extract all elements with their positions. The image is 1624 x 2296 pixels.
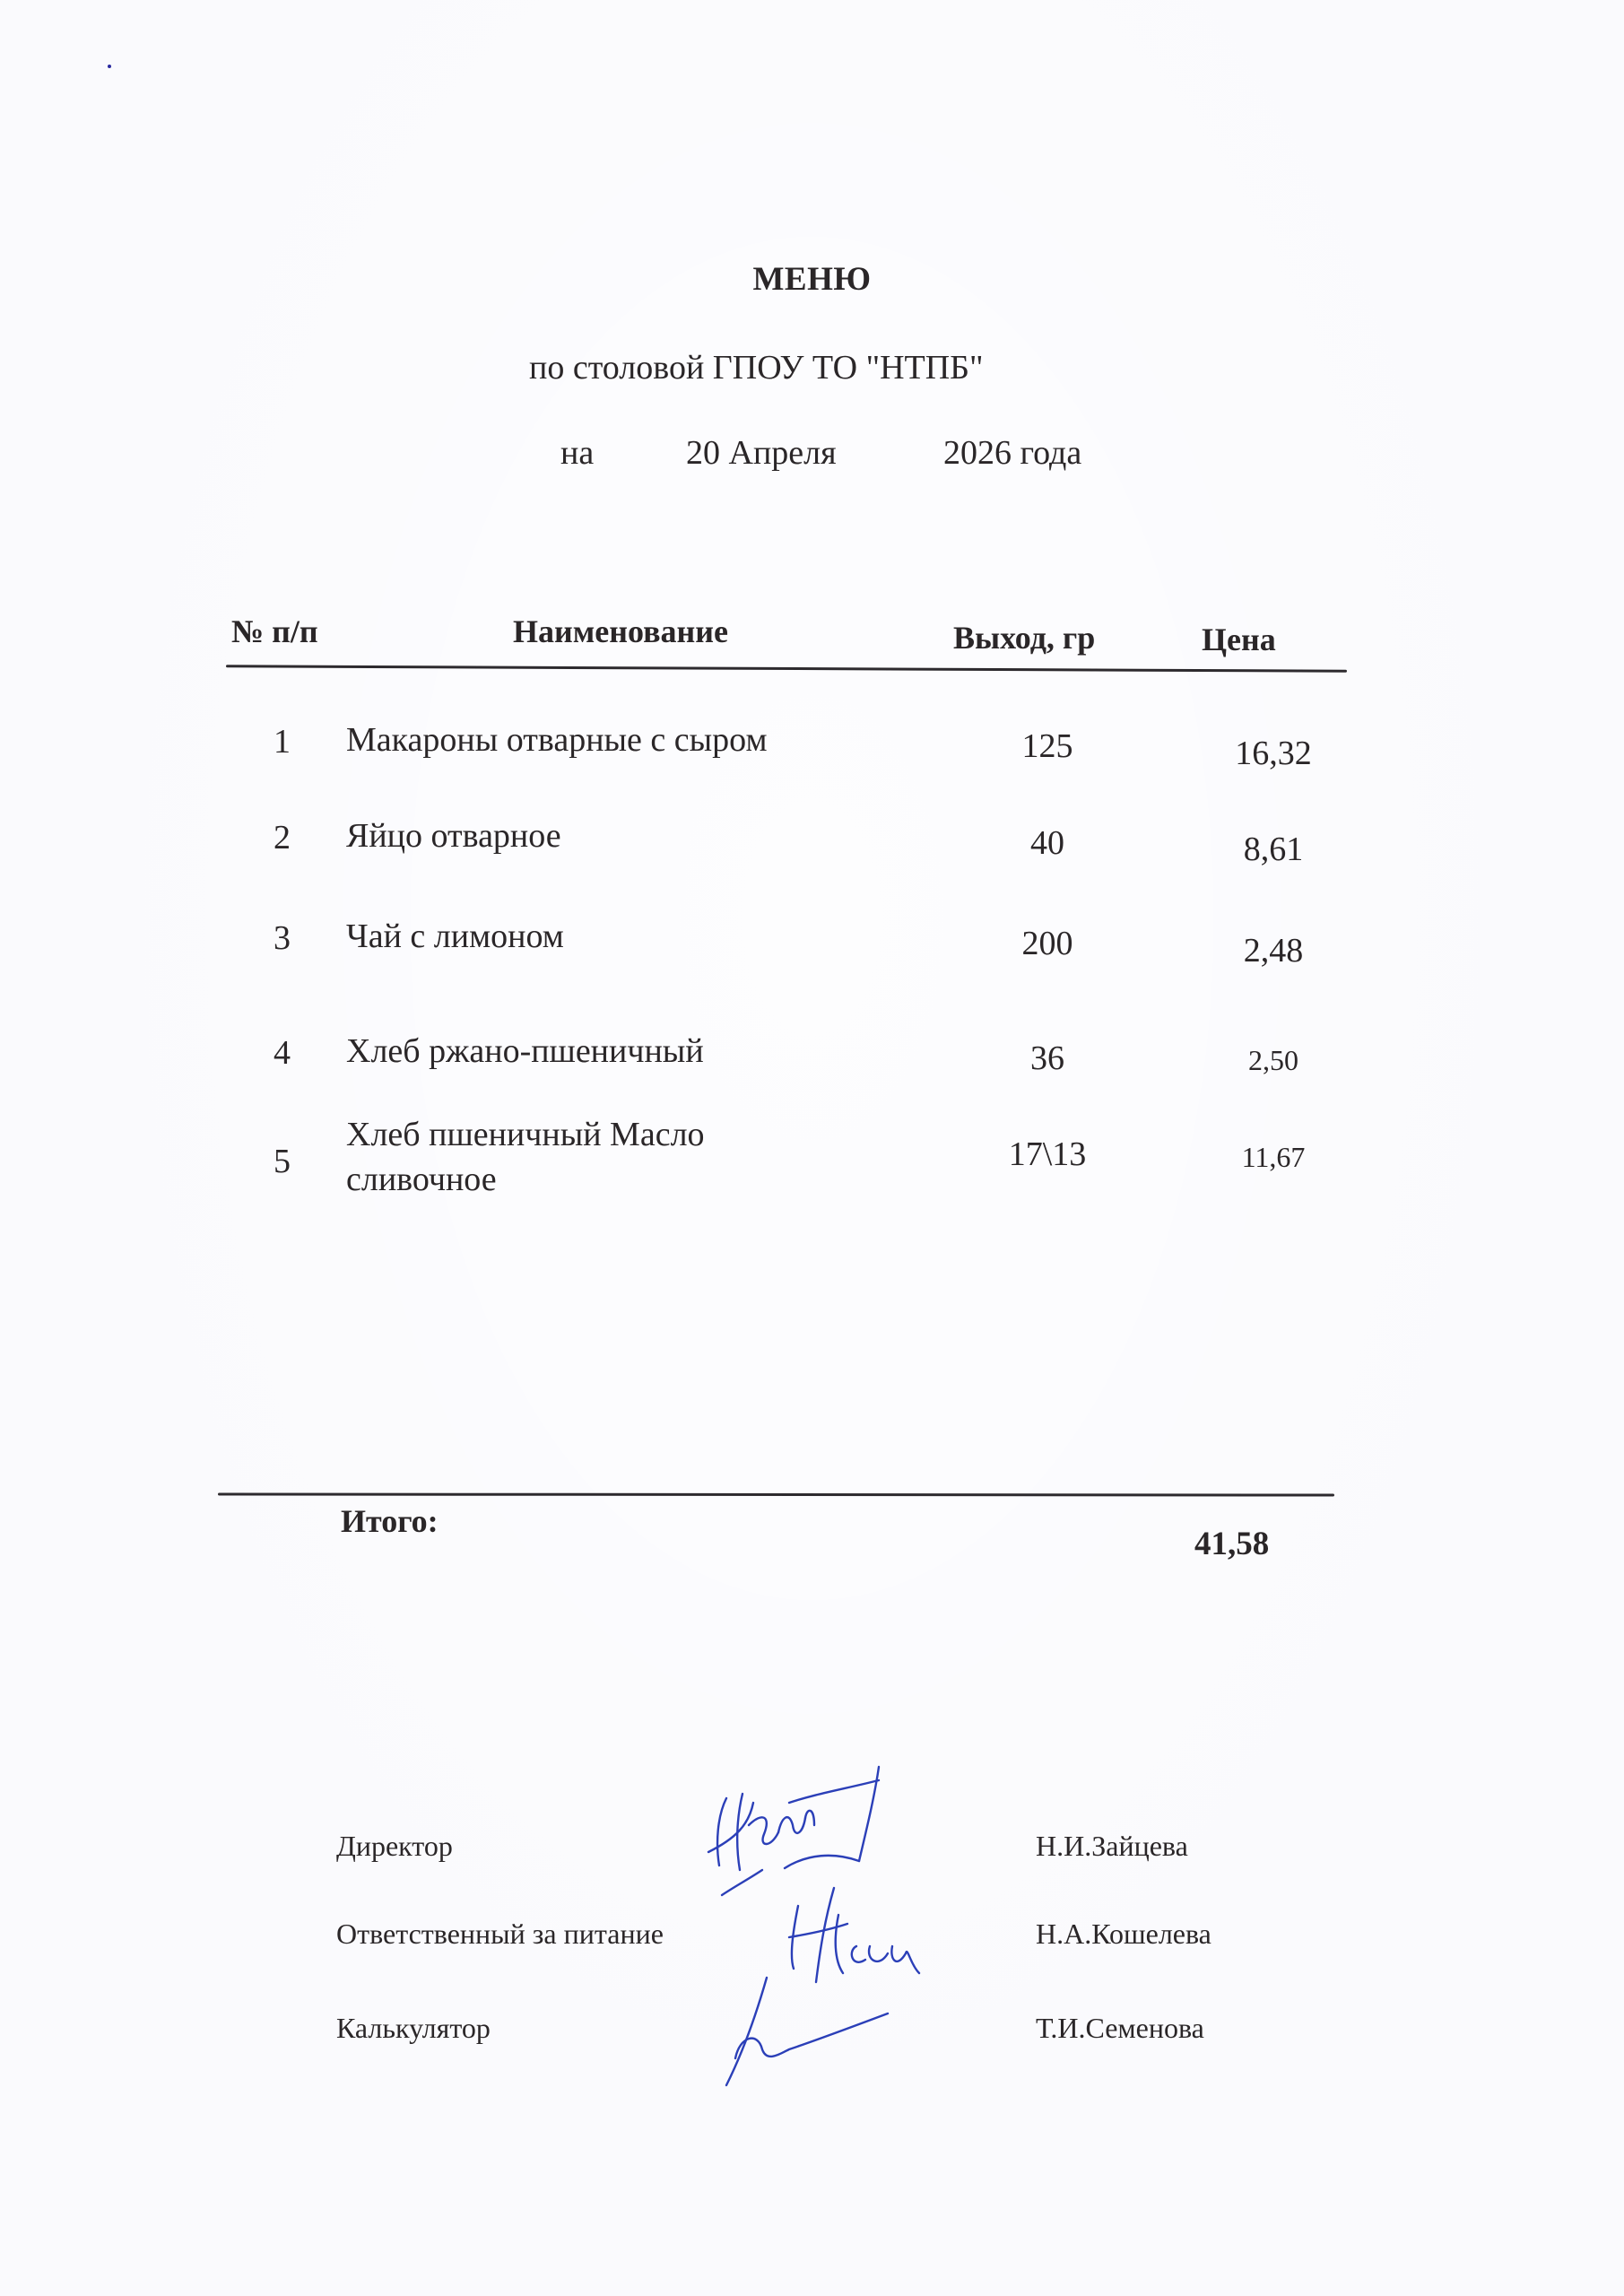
row-number: 5 <box>274 1142 291 1181</box>
signature-director-icon <box>699 1762 915 1897</box>
row-yield: 36 <box>976 1039 1119 1078</box>
scan-speck <box>108 65 111 68</box>
signature-role: Ответственный за питание <box>336 1918 664 1951</box>
document-title: МЕНЮ <box>0 260 1624 299</box>
row-price: 2,50 <box>1202 1044 1345 1077</box>
row-yield: 125 <box>976 726 1119 766</box>
row-name: Макароны отварные с сыром <box>346 717 768 762</box>
total-divider <box>218 1492 1334 1496</box>
column-header-number: № п/п <box>231 613 318 650</box>
column-header-yield: Выход, гр <box>953 619 1095 657</box>
date-year: 2026 года <box>943 433 1081 473</box>
header-divider <box>226 665 1347 672</box>
signature-name: Н.А.Кошелева <box>1036 1918 1211 1951</box>
total-label: Итого: <box>341 1502 439 1540</box>
date-day: 20 Апреля <box>686 433 837 473</box>
column-header-price: Цена <box>1202 621 1276 658</box>
row-name: Яйцо отварное <box>346 813 561 858</box>
row-yield: 200 <box>976 924 1119 963</box>
row-name: Чай с лимоном <box>346 914 564 959</box>
row-yield: 17\13 <box>976 1135 1119 1174</box>
row-yield: 40 <box>976 823 1119 863</box>
row-number: 4 <box>274 1033 291 1073</box>
signature-role: Директор <box>336 1830 453 1863</box>
row-name: Хлеб ржано-пшеничный <box>346 1029 704 1074</box>
total-value: 41,58 <box>1194 1525 1269 1563</box>
row-price: 8,61 <box>1202 830 1345 869</box>
date-prefix: на <box>560 433 594 473</box>
row-number: 1 <box>274 722 291 761</box>
document-page: МЕНЮ по столовой ГПОУ ТО "НТПБ" на 20 Ап… <box>0 0 1624 2296</box>
row-number: 3 <box>274 918 291 958</box>
row-number: 2 <box>274 818 291 857</box>
signature-name: Т.И.Семенова <box>1036 2012 1204 2045</box>
row-price: 16,32 <box>1202 734 1345 773</box>
column-header-name: Наименование <box>513 613 728 650</box>
row-price: 11,67 <box>1202 1141 1345 1174</box>
signature-calculator-icon <box>717 1973 915 2090</box>
signature-role: Калькулятор <box>336 2012 491 2045</box>
signature-name: Н.И.Зайцева <box>1036 1830 1188 1863</box>
row-name-line1: Хлеб пшеничный Масло <box>346 1112 705 1157</box>
document-subtitle: по столовой ГПОУ ТО "НТПБ" <box>529 348 984 387</box>
row-name-line2: сливочное <box>346 1157 497 1202</box>
row-price: 2,48 <box>1202 931 1345 970</box>
